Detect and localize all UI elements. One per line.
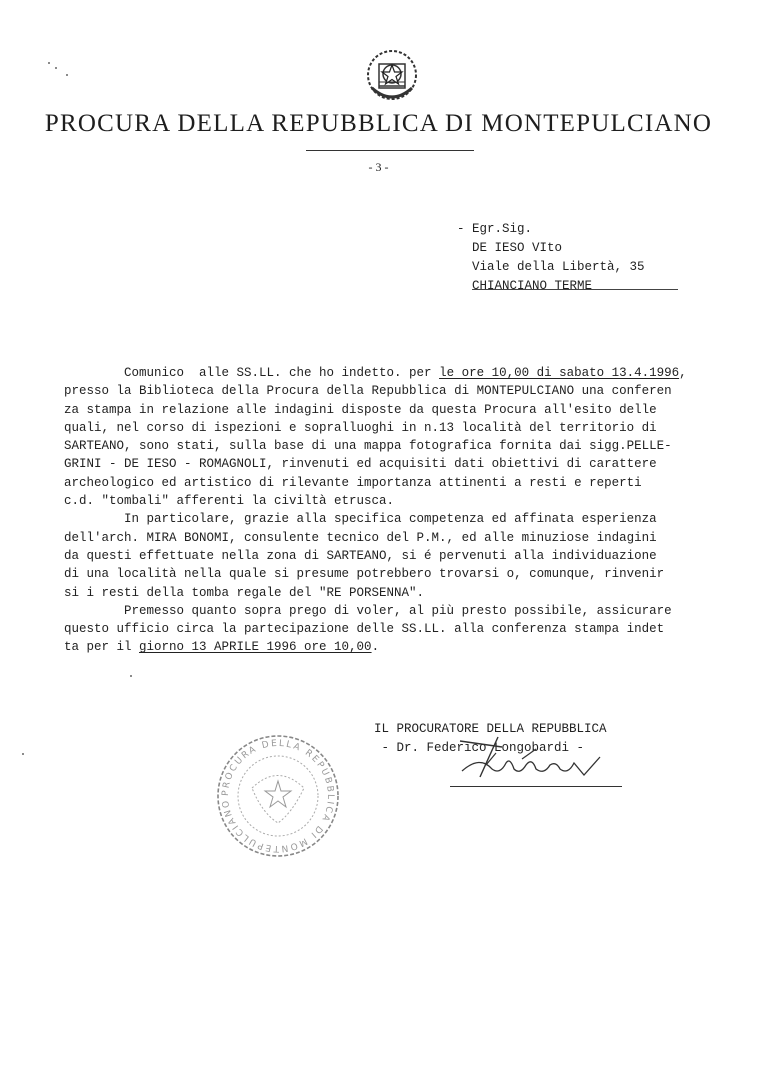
handwritten-signature-icon: [440, 735, 620, 785]
recipient-street: Viale della Libertà, 35: [457, 258, 645, 277]
signature-line: [450, 786, 622, 787]
body-text-segment: si i resti della tomba regale del "RE PO…: [64, 586, 424, 600]
body-line: Comunico alle SS.LL. che ho indetto. per…: [64, 364, 734, 382]
body-line: quali, nel corso di ispezioni e soprallu…: [64, 419, 734, 437]
body-line: da questi effettuate nella zona di SARTE…: [64, 547, 734, 565]
recipient-name: DE IESO VIto: [457, 239, 645, 258]
body-line: SARTEANO, sono stati, sulla base di una …: [64, 437, 734, 455]
body-text-segment: quali, nel corso di ispezioni e soprallu…: [64, 421, 657, 435]
body-line: za stampa in relazione alle indagini dis…: [64, 401, 734, 419]
body-text-segment: Premesso quanto sopra prego di voler, al…: [64, 604, 672, 618]
body-line: In particolare, grazie alla specifica co…: [64, 510, 734, 528]
body-line: presso la Biblioteca della Procura della…: [64, 382, 734, 400]
body-line: dell'arch. MIRA BONOMI, consulente tecni…: [64, 529, 734, 547]
body-text-segment: SARTEANO, sono stati, sulla base di una …: [64, 439, 672, 453]
letter-body: Comunico alle SS.LL. che ho indetto. per…: [64, 364, 734, 657]
scan-speck: [48, 62, 50, 64]
page-number: - 3 -: [0, 160, 757, 175]
body-text-segment: GRINI - DE IESO - ROMAGNOLI, rinvenuti e…: [64, 457, 657, 471]
body-line: archeologico ed artistico di rilevante i…: [64, 474, 734, 492]
office-title: PROCURA DELLA REPUBBLICA DI MONTEPULCIAN…: [0, 110, 757, 138]
body-text-segment: da questi effettuate nella zona di SARTE…: [64, 549, 657, 563]
recipient-city: CHIANCIANO TERME: [457, 277, 645, 296]
scan-speck: [55, 67, 57, 69]
body-line: di una località nella quale si presume p…: [64, 565, 734, 583]
official-seal-stamp-icon: PROCURA DELLA REPUBBLICA DI MONTEPULCIAN…: [212, 733, 344, 859]
body-text-segment: presso la Biblioteca della Procura della…: [64, 384, 672, 398]
body-text-segment: .: [372, 640, 380, 654]
body-text-segment: c.d. "tombali" afferenti la civiltà etru…: [64, 494, 394, 508]
body-text-segment: ta per il: [64, 640, 139, 654]
body-text-segment: archeologico ed artistico di rilevante i…: [64, 476, 642, 490]
underlined-date-segment: le ore 10,00 di sabato 13.4.1996: [439, 366, 679, 380]
body-text-segment: Comunico alle SS.LL. che ho indetto. per: [64, 366, 439, 380]
body-line: Premesso quanto sopra prego di voler, al…: [64, 602, 734, 620]
body-line: questo ufficio circa la partecipazione d…: [64, 620, 734, 638]
scan-speck: [22, 753, 24, 755]
body-line: c.d. "tombali" afferenti la civiltà etru…: [64, 492, 734, 510]
body-text-segment: di una località nella quale si presume p…: [64, 567, 664, 581]
scan-speck: [130, 675, 132, 677]
scan-speck: [66, 74, 68, 76]
underlined-date-segment: giorno 13 APRILE 1996 ore 10,00: [139, 640, 372, 654]
body-text-segment: za stampa in relazione alle indagini dis…: [64, 403, 657, 417]
italian-republic-emblem-icon: [364, 48, 420, 106]
body-text-segment: ,: [679, 366, 687, 380]
address-underline: [472, 289, 678, 290]
recipient-address: - Egr.Sig. DE IESO VIto Viale della Libe…: [457, 220, 645, 296]
body-text-segment: In particolare, grazie alla specifica co…: [64, 512, 657, 526]
body-line: si i resti della tomba regale del "RE PO…: [64, 584, 734, 602]
body-text-segment: dell'arch. MIRA BONOMI, consulente tecni…: [64, 531, 657, 545]
body-line: GRINI - DE IESO - ROMAGNOLI, rinvenuti e…: [64, 455, 734, 473]
body-text-segment: questo ufficio circa la partecipazione d…: [64, 622, 664, 636]
header-divider: [306, 150, 474, 151]
body-line: ta per il giorno 13 APRILE 1996 ore 10,0…: [64, 638, 734, 656]
recipient-salutation: - Egr.Sig.: [457, 220, 645, 239]
